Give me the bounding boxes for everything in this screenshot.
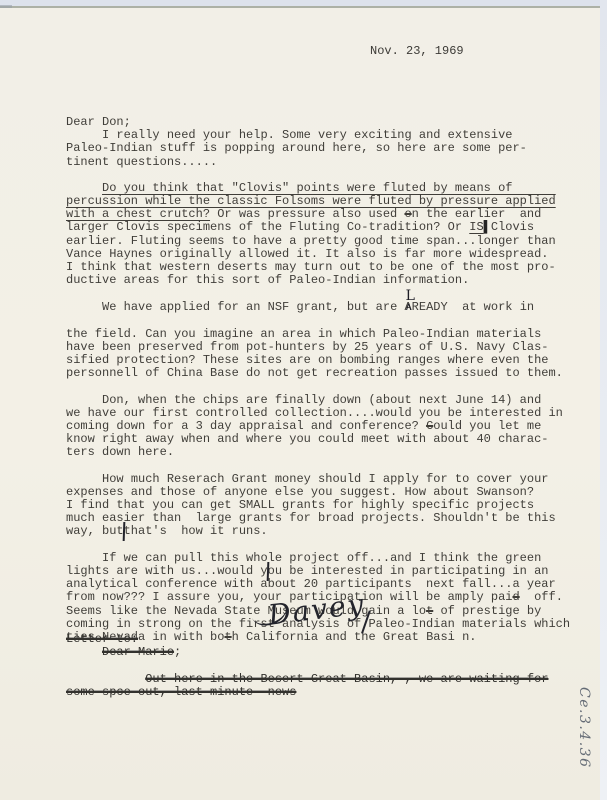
paragraph: Don, when the chips are finally down (ab… (66, 394, 588, 460)
paragraph: Do you think that "Clovis" points were f… (66, 182, 588, 288)
catalog-number: Ce.3.4.36 (576, 687, 592, 768)
letter-body: Dear Don; I really need your help. Some … (66, 116, 588, 657)
text-segment: that's how it runs. (124, 524, 268, 538)
text-segment: Out here in the Besert Great Basin, , we… (145, 672, 548, 686)
paragraph: Letter to: Dear Marie; Out here in the B… (66, 633, 588, 699)
scanner-edge-right (600, 0, 607, 800)
text-segment: d (512, 590, 519, 604)
text-segment: Dear Don; I really need your help. Some … (66, 115, 527, 169)
text-segment: IS (469, 220, 483, 234)
text-segment (66, 645, 102, 659)
paragraph: We have applied for an NSF grant, but ar… (66, 300, 588, 380)
paragraph: Dear Don; I really need your help. Some … (66, 116, 588, 169)
text-segment (66, 181, 102, 195)
text-segment: some spce-out, last minute news (66, 685, 296, 699)
scanner-edge-top (0, 0, 607, 8)
text-segment: ▌ (484, 220, 491, 234)
text-segment: We have applied for an NSF grant, but ar… (66, 300, 412, 314)
paragraph: How much Reserach Grant money should I a… (66, 473, 588, 539)
text-segment: Dear Marie (102, 645, 174, 659)
text-segment: Or was pressure also used (210, 207, 404, 221)
text-segment: Letter to: (66, 632, 138, 646)
text-segment: o (404, 207, 411, 221)
letter-date: Nov. 23, 1969 (370, 44, 464, 58)
scan-smudge (0, 5, 12, 8)
struck-draft-lines: Letter to: Dear Marie; Out here in the B… (66, 633, 588, 712)
